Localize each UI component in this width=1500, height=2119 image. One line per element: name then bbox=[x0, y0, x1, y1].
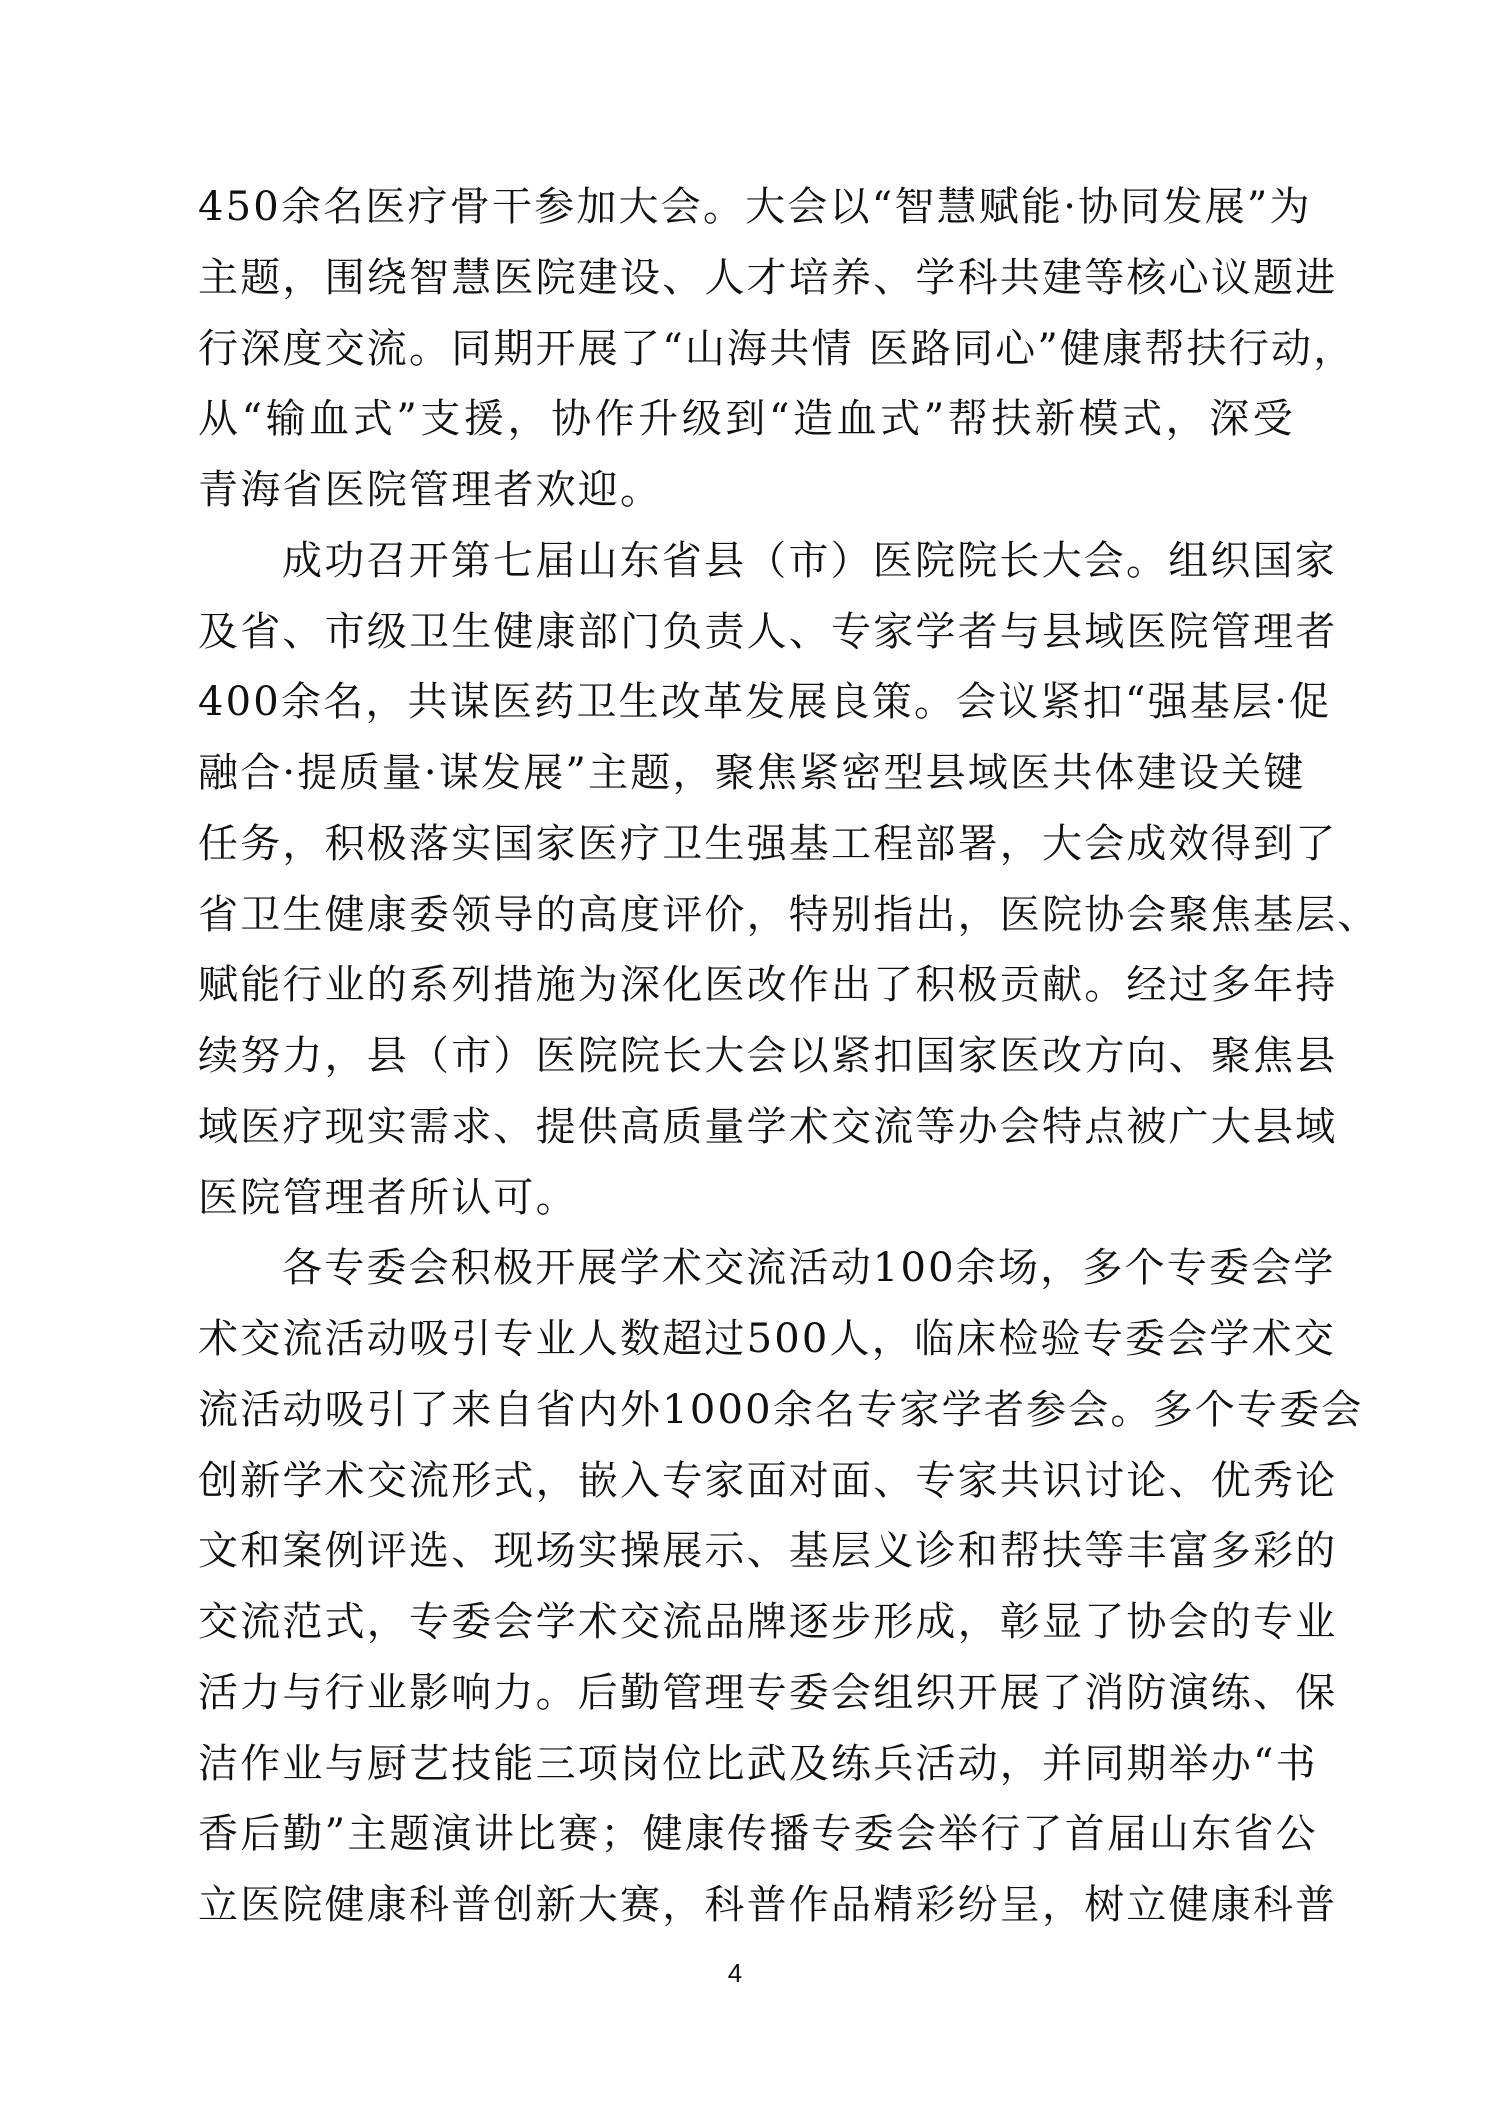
text-line: 创新学术交流形式，嵌入专家面对面、专家共识讨论、优秀论 bbox=[198, 1446, 1295, 1517]
paragraph-3: 各专委会积极开展学术交流活动100余场，多个专委会学 术交流活动吸引专业人数超过… bbox=[198, 1233, 1308, 1941]
text-line: 赋能行业的系列措施为深化医改作出了积极贡献。经过多年持 bbox=[198, 950, 1295, 1021]
text-line: 医院管理者所认可。 bbox=[198, 1163, 1295, 1234]
text-line: 行深度交流。同期开展了“山海共情 医路同心”健康帮扶行动， bbox=[198, 314, 1295, 385]
text-line: 洁作业与厨艺技能三项岗位比武及练兵活动，并同期举办“书 bbox=[198, 1729, 1295, 1800]
text-line: 及省、市级卫生健康部门负责人、专家学者与县域医院管理者 bbox=[198, 597, 1295, 668]
text-line: 活力与行业影响力。后勤管理专委会组织开展了消防演练、保 bbox=[198, 1658, 1295, 1729]
text-line: 香后勤”主题演讲比赛；健康传播专委会举行了首届山东省公 bbox=[198, 1799, 1295, 1870]
document-page: 450余名医疗骨干参加大会。大会以“智慧赋能·协同发展”为 主题，围绕智慧医院建… bbox=[0, 0, 1500, 2119]
text-line: 从“输血式”支援，协作升级到“造血式”帮扶新模式，深受 bbox=[198, 384, 1295, 455]
text-line: 立医院健康科普创新大赛，科普作品精彩纷呈，树立健康科普 bbox=[198, 1870, 1295, 1941]
text-line: 文和案例评选、现场实操展示、基层义诊和帮扶等丰富多彩的 bbox=[198, 1516, 1295, 1587]
text-line: 任务，积极落实国家医疗卫生强基工程部署，大会成效得到了 bbox=[198, 809, 1295, 880]
text-line: 域医疗现实需求、提供高质量学术交流等办会特点被广大县域 bbox=[198, 1092, 1295, 1163]
text-line: 续努力，县（市）医院院长大会以紧扣国家医改方向、聚焦县 bbox=[198, 1021, 1295, 1092]
paragraph-2: 成功召开第七届山东省县（市）医院院长大会。组织国家 及省、市级卫生健康部门负责人… bbox=[198, 526, 1308, 1234]
text-line: 主题，围绕智慧医院建设、人才培养、学科共建等核心议题进 bbox=[198, 243, 1295, 314]
paragraph-1: 450余名医疗骨干参加大会。大会以“智慧赋能·协同发展”为 主题，围绕智慧医院建… bbox=[198, 172, 1308, 526]
text-line: 省卫生健康委领导的高度评价，特别指出，医院协会聚焦基层、 bbox=[198, 880, 1295, 951]
text-line: 融合·提质量·谋发展”主题，聚焦紧密型县域医共体建设关键 bbox=[198, 738, 1295, 809]
text-line: 450余名医疗骨干参加大会。大会以“智慧赋能·协同发展”为 bbox=[198, 172, 1295, 243]
text-line: 青海省医院管理者欢迎。 bbox=[198, 455, 1295, 526]
text-line: 成功召开第七届山东省县（市）医院院长大会。组织国家 bbox=[198, 526, 1295, 597]
body-text: 450余名医疗骨干参加大会。大会以“智慧赋能·协同发展”为 主题，围绕智慧医院建… bbox=[198, 172, 1308, 1941]
text-line: 各专委会积极开展学术交流活动100余场，多个专委会学 bbox=[198, 1233, 1295, 1304]
text-line: 流活动吸引了来自省内外1000余名专家学者参会。多个专委会 bbox=[198, 1375, 1295, 1446]
page-number: 4 bbox=[0, 1958, 1470, 1989]
text-line: 400余名，共谋医药卫生改革发展良策。会议紧扣“强基层·促 bbox=[198, 667, 1295, 738]
text-line: 术交流活动吸引专业人数超过500人，临床检验专委会学术交 bbox=[198, 1304, 1295, 1375]
text-line: 交流范式，专委会学术交流品牌逐步形成，彰显了协会的专业 bbox=[198, 1587, 1295, 1658]
